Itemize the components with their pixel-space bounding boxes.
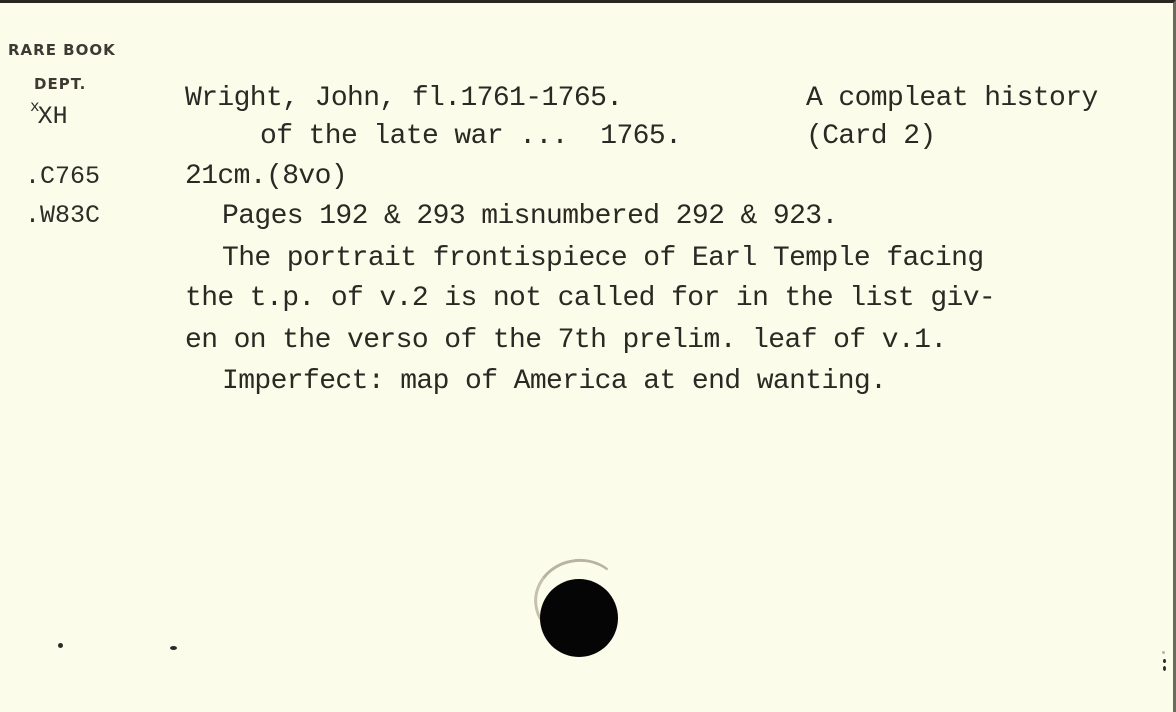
department-stamp-line2: DEPT. xyxy=(34,75,86,93)
department-stamp-line1: RARE BOOK xyxy=(8,41,116,59)
catalog-card: RARE BOOK DEPT. xXH .C765 .W83C Wright, … xyxy=(0,0,1176,712)
note-line-4: en on the verso of the 7th prelim. leaf … xyxy=(185,325,947,357)
call-number-line1: xXH xyxy=(30,102,68,134)
note-line-5: Imperfect: map of America at end wanting… xyxy=(222,366,886,398)
ink-speck xyxy=(1163,659,1166,663)
ink-speck xyxy=(58,643,63,648)
physical-description: 21cm.(8vo) xyxy=(185,161,347,193)
card-number: (Card 2) xyxy=(806,121,936,153)
call-number-line3: .W83C xyxy=(25,201,100,231)
punch-hole-icon xyxy=(540,579,618,657)
note-line-2: The portrait frontispiece of Earl Temple… xyxy=(222,243,984,275)
ink-speck xyxy=(1162,651,1165,654)
star-mark-icon: x xyxy=(30,98,40,116)
call-number-class: XH xyxy=(38,102,68,131)
note-line-1: Pages 192 & 293 misnumbered 292 & 923. xyxy=(222,201,838,233)
author-heading: Wright, John, fl.1761-1765. xyxy=(185,83,622,115)
note-line-3: the t.p. of v.2 is not called for in the… xyxy=(185,283,995,315)
ink-speck xyxy=(170,646,177,650)
title-continuation: of the late war ... 1765. xyxy=(260,121,681,153)
call-number-line2: .C765 xyxy=(25,162,100,192)
ink-speck xyxy=(1163,666,1166,671)
title-start: A compleat history xyxy=(806,83,1098,115)
